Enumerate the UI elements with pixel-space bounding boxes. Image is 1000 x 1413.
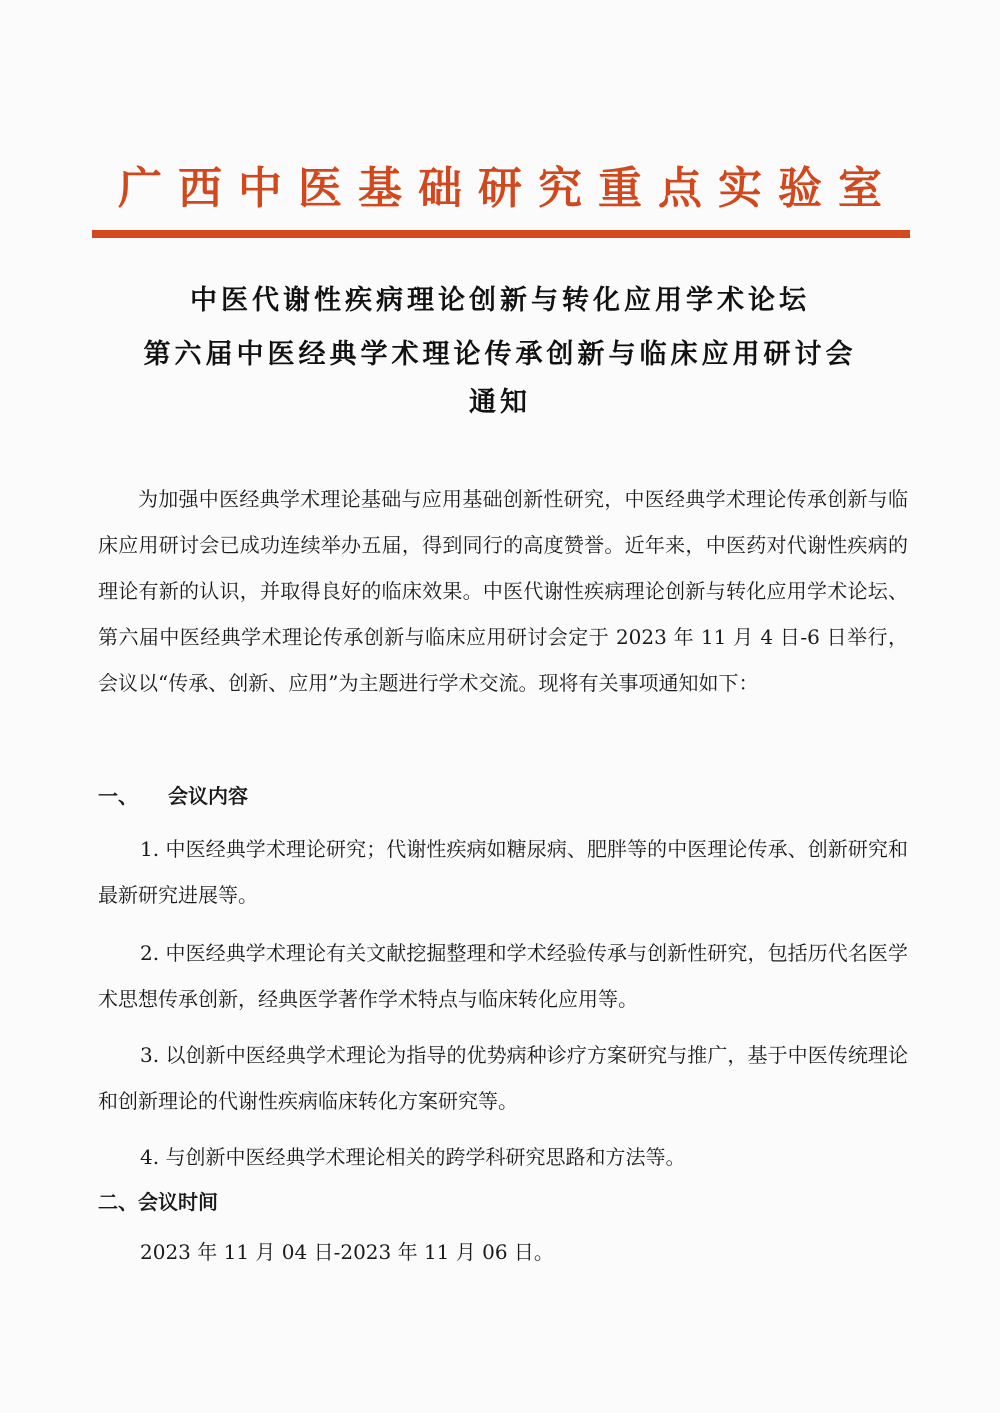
- title-line-1: 中医代谢性疾病理论创新与转化应用学术论坛: [0, 278, 1000, 317]
- intro-paragraph: 为加强中医经典学术理论基础与应用基础创新性研究，中医经典学术理论传承创新与临床应…: [98, 476, 908, 706]
- section-number: 二、: [98, 1190, 138, 1214]
- meeting-date: 2023 年 11 月 04 日-2023 年 11 月 06 日。: [140, 1236, 554, 1265]
- section-heading-time: 二、会议时间: [98, 1186, 218, 1215]
- content-item: 4. 与创新中医经典学术理论相关的跨学科研究思路和方法等。: [98, 1134, 908, 1180]
- content-item: 1. 中医经典学术理论研究；代谢性疾病如糖尿病、肥胖等的中医理论传承、创新研究和…: [98, 826, 908, 918]
- title-line-3: 通知: [0, 380, 1000, 419]
- letterhead-divider: [92, 230, 910, 238]
- section-heading-content: 一、会议内容: [98, 780, 248, 809]
- section-number: 一、: [98, 784, 138, 808]
- title-line-2: 第六届中医经典学术理论传承创新与临床应用研讨会: [0, 332, 1000, 371]
- section-title: 会议内容: [168, 784, 248, 808]
- section-title: 会议时间: [138, 1190, 218, 1214]
- letterhead-org-name: 广西中医基础研究重点实验室: [0, 152, 1000, 216]
- content-item: 2. 中医经典学术理论有关文献挖掘整理和学术经验传承与创新性研究，包括历代名医学…: [98, 930, 908, 1022]
- content-item: 3. 以创新中医经典学术理论为指导的优势病种诊疗方案研究与推广，基于中医传统理论…: [98, 1032, 908, 1124]
